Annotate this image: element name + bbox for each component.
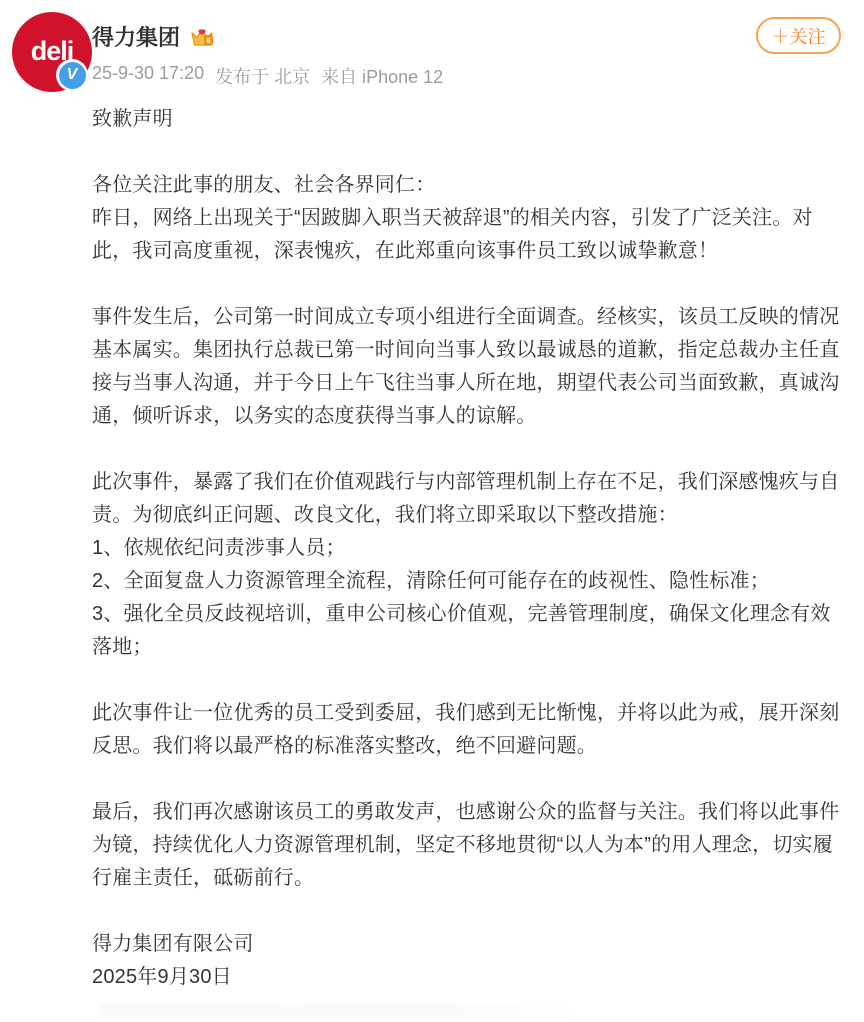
verified-v-icon: V xyxy=(59,62,86,89)
post-paragraph: 致歉声明 xyxy=(92,103,848,136)
vip-level-number: 6 xyxy=(206,36,210,45)
blank-line xyxy=(92,895,848,928)
username[interactable]: 得力集团 xyxy=(92,21,180,52)
blank-line xyxy=(92,763,848,796)
blank-line xyxy=(92,268,848,301)
blank-line xyxy=(92,136,848,169)
post-header: deli V 得力集团 6 25-9-30 17:20 发布于 北京 xyxy=(0,0,864,94)
post-paragraph: 此次事件让一位优秀的员工受到委屈，我们感到无比惭愧，并将以此为戒，展开深刻反思。… xyxy=(92,697,848,763)
post-location: 发布于 北京 xyxy=(215,63,310,89)
vip-crown-icon: 6 xyxy=(189,24,215,50)
blank-line xyxy=(92,433,848,466)
post-meta: 25-9-30 17:20 发布于 北京 来自 iPhone 12 xyxy=(92,63,454,89)
post-time: 25-9-30 17:20 xyxy=(92,63,204,89)
post-paragraph: 各位关注此事的朋友、社会各界同仁： xyxy=(92,169,848,202)
weibo-post-card: deli V 得力集团 6 25-9-30 17:20 发布于 北京 xyxy=(0,0,864,1022)
verified-badge-icon: V xyxy=(56,59,88,91)
post-paragraph: 2025年9月30日 xyxy=(92,961,848,994)
post-source[interactable]: 来自 iPhone 12 xyxy=(321,63,443,89)
bottom-cutoff-artifact xyxy=(100,1004,580,1018)
post-paragraph: 最后，我们再次感谢该员工的勇敢发声，也感谢公众的监督与关注。我们将以此事件为镜，… xyxy=(92,796,848,895)
user-block: 得力集团 6 25-9-30 17:20 发布于 北京 来自 iPhone 12 xyxy=(92,21,454,89)
post-paragraph: 此次事件，暴露了我们在价值观践行与内部管理机制上存在不足，我们深感愧疚与自责。为… xyxy=(92,466,848,532)
post-body: 致歉声明各位关注此事的朋友、社会各界同仁：昨日，网络上出现关于“因跛脚入职当天被… xyxy=(92,103,848,994)
follow-button[interactable]: ＋关注 xyxy=(756,17,841,54)
blank-line xyxy=(92,664,848,697)
post-paragraph: 事件发生后，公司第一时间成立专项小组进行全面调查。经核实，该员工反映的情况基本属… xyxy=(92,301,848,433)
post-paragraph: 1、依规依纪问责涉事人员； xyxy=(92,532,848,565)
post-paragraph: 昨日，网络上出现关于“因跛脚入职当天被辞退”的相关内容，引发了广泛关注。对此，我… xyxy=(92,202,848,268)
post-paragraph: 得力集团有限公司 xyxy=(92,928,848,961)
post-paragraph: 2、全面复盘人力资源管理全流程，清除任何可能存在的歧视性、隐性标准； xyxy=(92,565,848,598)
post-paragraph: 3、强化全员反歧视培训，重申公司核心价值观，完善管理制度，确保文化理念有效落地； xyxy=(92,598,848,664)
